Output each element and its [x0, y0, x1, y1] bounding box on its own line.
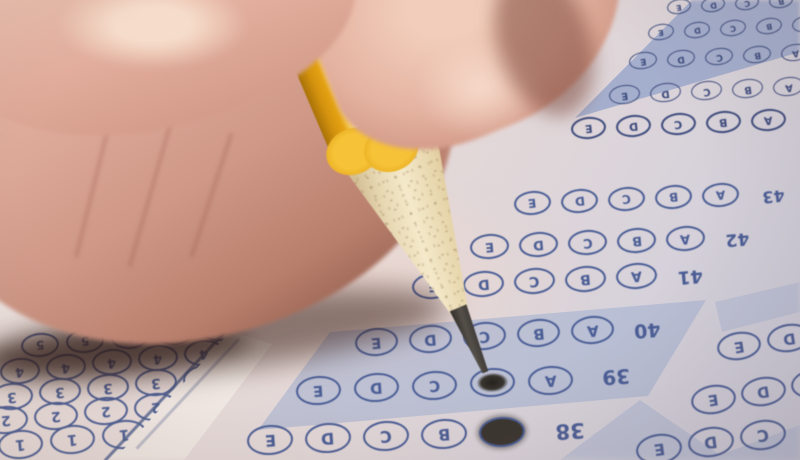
adjacent-bubble-1-C: C	[789, 365, 800, 401]
adjacent-bubble-1-D: D	[739, 373, 788, 409]
adjacent-bubble-2-C: C	[738, 417, 788, 453]
photo-canvas: 38ABCDE39ABCDE40ABCDE41ABCDE42ABCDE43ABC…	[0, 0, 800, 460]
grid-bubble-1-0: 1	[0, 428, 44, 460]
adjacent-bubble-0-E: E	[715, 329, 763, 364]
adjacent-bubble-1-E: E	[689, 381, 738, 417]
adjacent-bubble-2-D: D	[686, 424, 736, 460]
adjacent-bubble-0-D: D	[765, 321, 800, 356]
adjacent-bubble-2-E: E	[634, 431, 684, 460]
